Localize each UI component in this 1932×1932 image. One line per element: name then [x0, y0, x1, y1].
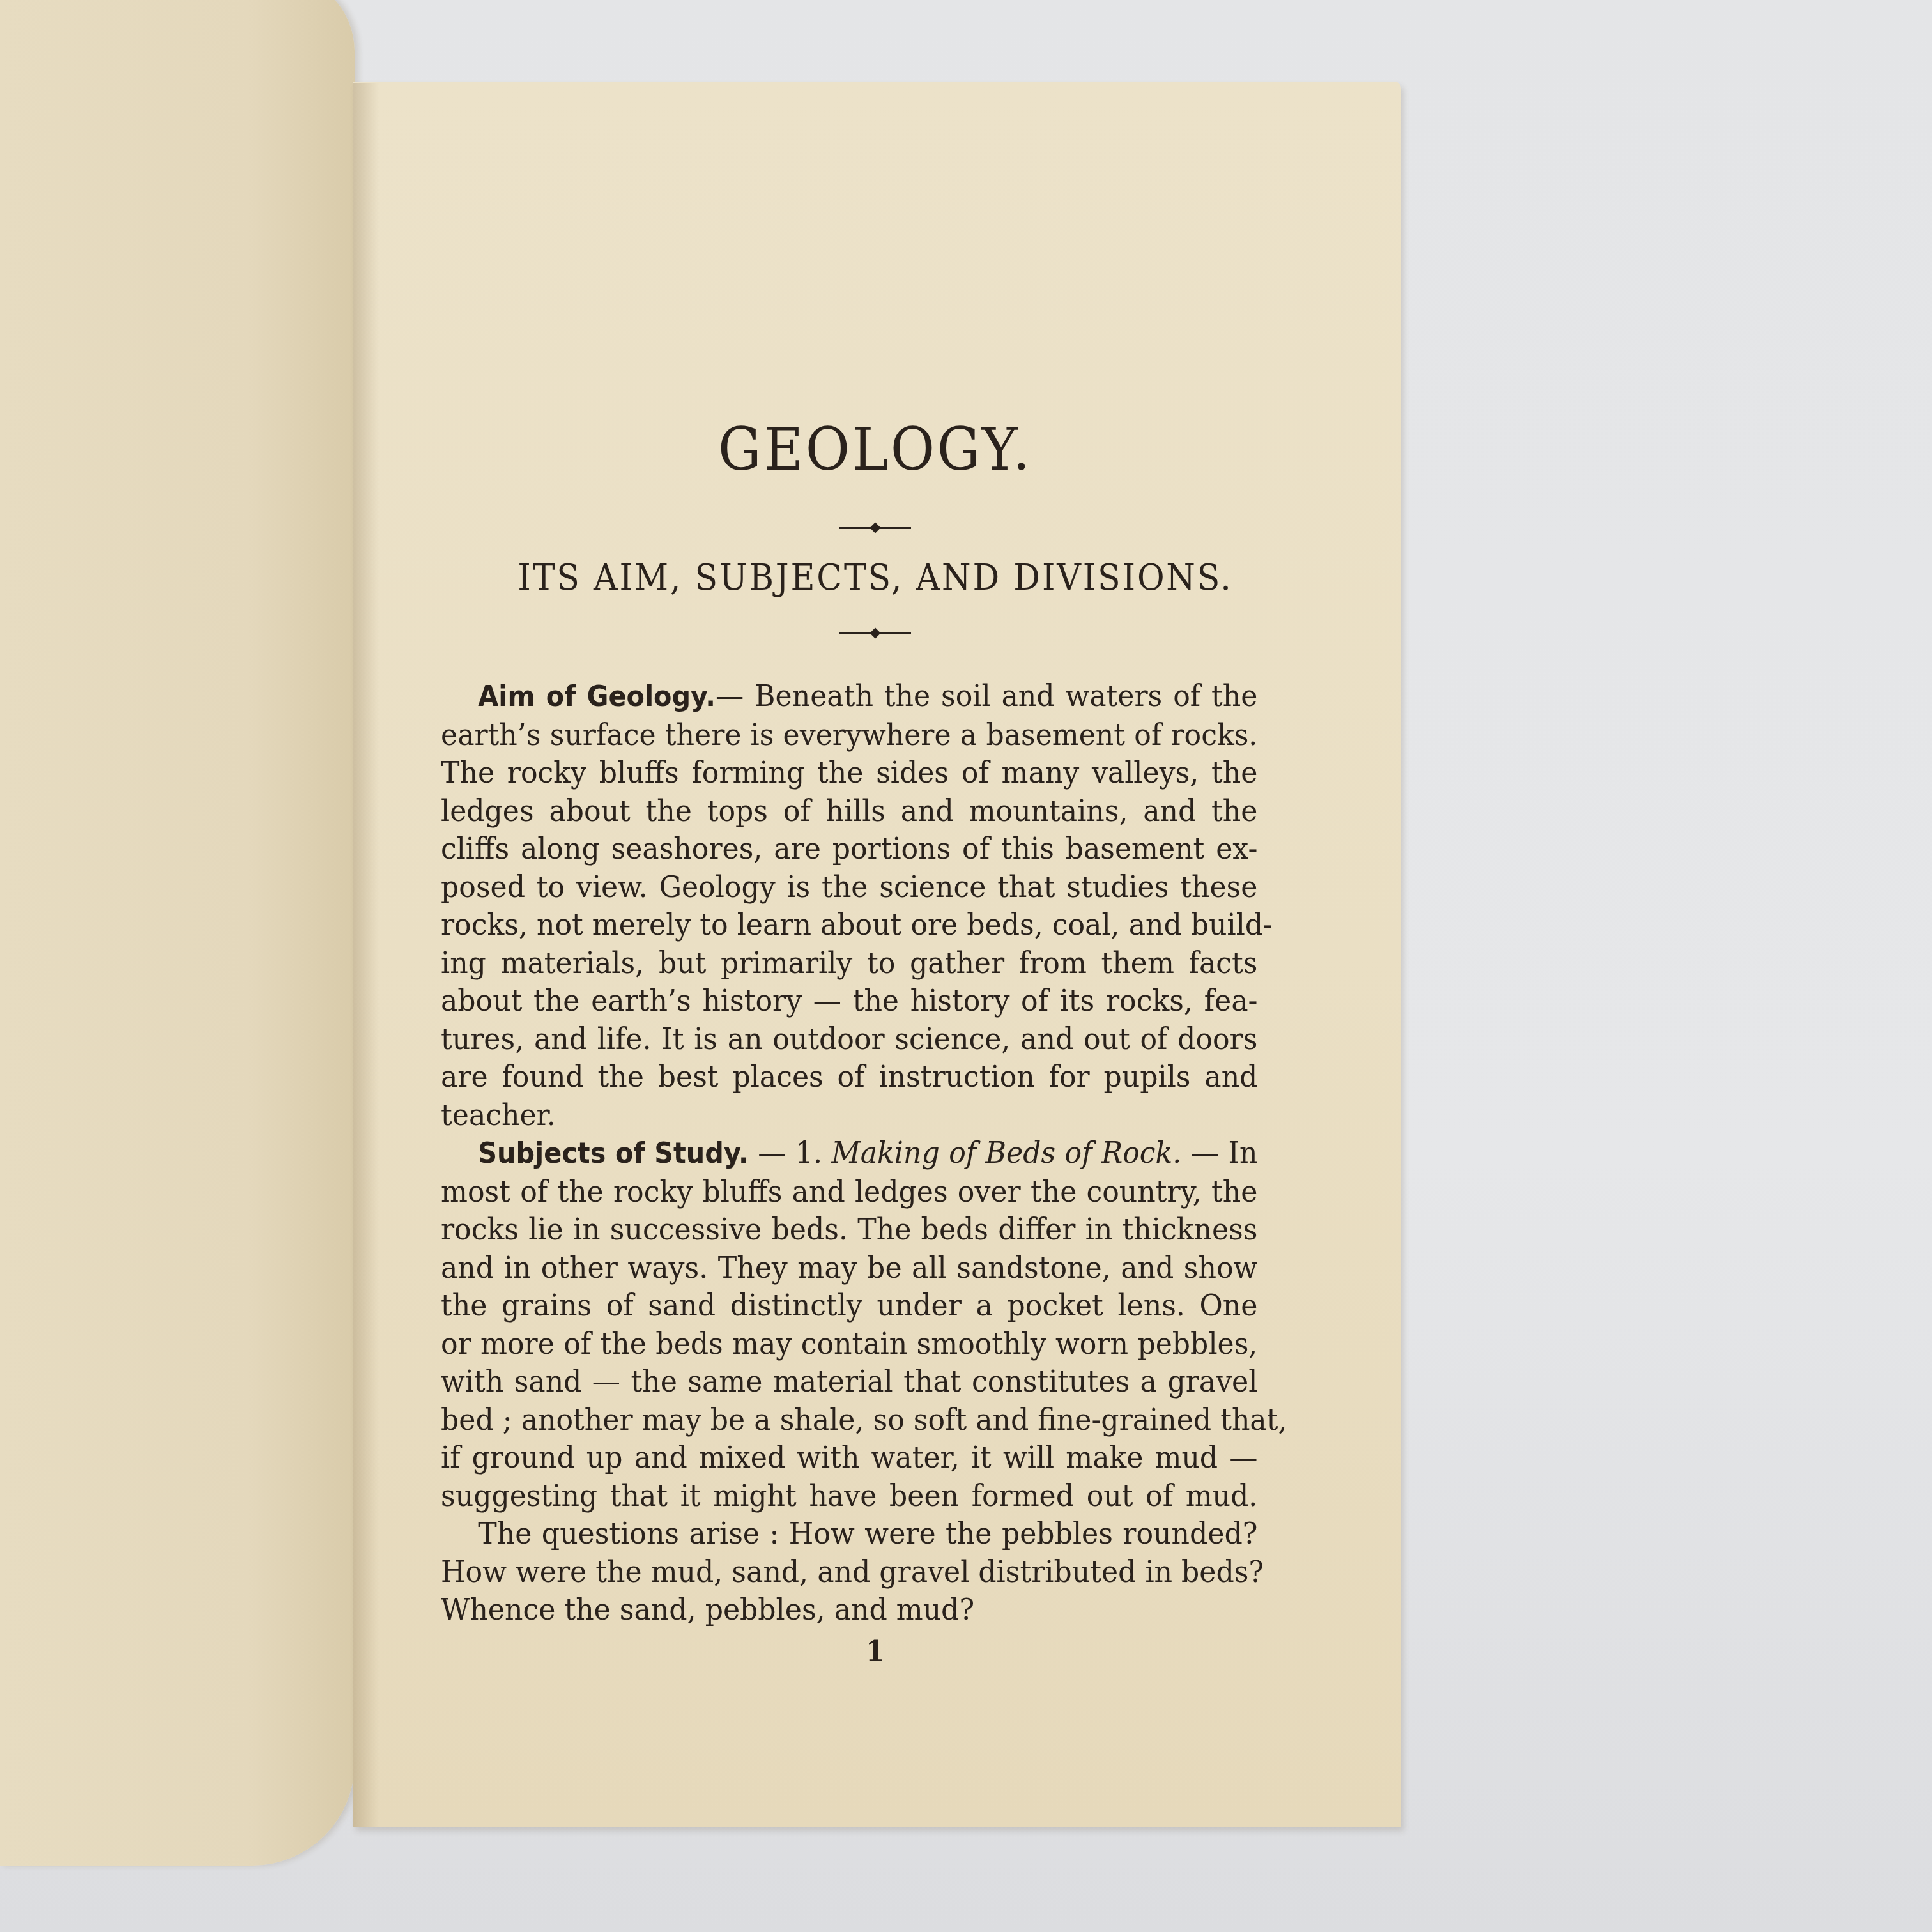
text-line: The questions arise : How were the pebbl… [441, 1515, 1257, 1553]
text-line: rocks lie in successive beds. The beds d… [441, 1211, 1257, 1249]
text-line: The rocky bluffs forming the sides of ma… [441, 754, 1257, 792]
page-number: 1 [441, 1636, 1310, 1668]
diamond-ornament-icon [870, 628, 881, 639]
text-line: rocks, not merely to learn about ore bed… [441, 906, 1257, 944]
left-page [0, 0, 355, 1866]
text-line: and in other ways. They may be all sands… [441, 1249, 1257, 1287]
chapter-subtitle: ITS AIM, SUBJECTS, AND DIVISIONS. [471, 557, 1280, 599]
text-line: teacher. [441, 1096, 1257, 1135]
paragraph-aim-line: Aim of Geology.— Beneath the soil and wa… [441, 677, 1257, 716]
text-line: the grains of sand distinctly under a po… [441, 1287, 1257, 1325]
chapter-title: GEOLOGY. [475, 415, 1275, 484]
diamond-ornament-icon [870, 523, 881, 533]
text-line: earth’s surface there is everywhere a ba… [441, 716, 1257, 755]
text-line: with sand — the same material that const… [441, 1363, 1257, 1401]
text-line: or more of the beds may contain smoothly… [441, 1325, 1257, 1363]
text-line: Whence the sand, pebbles, and mud? [441, 1591, 1257, 1629]
divider-top [441, 524, 1310, 532]
gutter-shadow [353, 83, 379, 1827]
italic-heading: Making of Beds of Rock. [831, 1135, 1181, 1170]
text-line: ing materials, but primarily to gather f… [441, 944, 1257, 983]
text-line: suggesting that it might have been forme… [441, 1477, 1257, 1515]
paragraph-subjects-line: Subjects of Study. — 1. Making of Beds o… [441, 1134, 1257, 1173]
text-line: posed to view. Geology is the science th… [441, 868, 1257, 907]
text-line: about the earth’s history — the history … [441, 982, 1257, 1020]
run-head-aim: Aim of Geology. [478, 680, 716, 713]
text-line: bed ; another may be a shale, so soft an… [441, 1401, 1257, 1439]
text-line: most of the rocky bluffs and ledges over… [441, 1173, 1257, 1211]
text-line: if ground up and mixed with water, it wi… [441, 1439, 1257, 1477]
text-line: are found the best places of instruction… [441, 1058, 1257, 1096]
text-line: ledges about the tops of hills and mount… [441, 792, 1257, 831]
text-line: cliffs along seashores, are portions of … [441, 830, 1257, 868]
run-head-subjects: Subjects of Study. [478, 1137, 748, 1170]
divider-bottom [441, 629, 1310, 637]
text-line: tures, and life. It is an outdoor scienc… [441, 1020, 1257, 1059]
text-line: How were the mud, sand, and gravel distr… [441, 1553, 1257, 1591]
body-text: Aim of Geology.— Beneath the soil and wa… [441, 677, 1257, 1629]
